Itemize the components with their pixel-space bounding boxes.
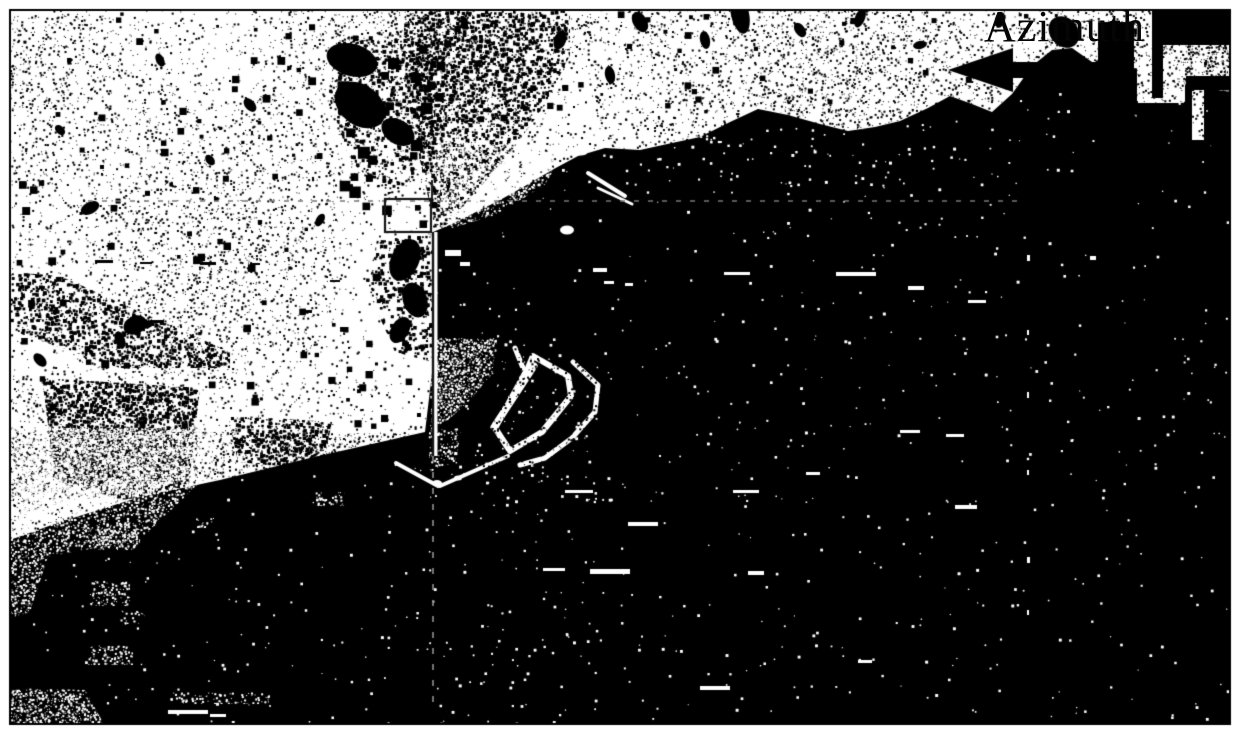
- sar-figure: Azimuth: [0, 0, 1240, 734]
- azimuth-direction-label: Azimuth: [984, 5, 1145, 49]
- sar-image-canvas: [0, 0, 1240, 734]
